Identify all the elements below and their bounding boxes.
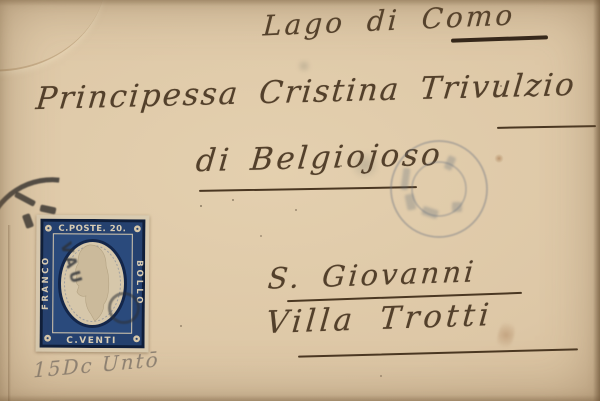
- pencil-catalog-note: 15Dc Untō: [33, 347, 160, 382]
- cancel-ring-trace: [108, 292, 140, 324]
- underline-como: [451, 35, 548, 42]
- postmark-smear: [401, 168, 411, 191]
- destination-line: Lago di Como: [262, 0, 516, 43]
- underline-trivulzio: [497, 125, 596, 129]
- villa-line: Villa Trotti: [264, 297, 494, 341]
- destination-prefix: Lago di: [262, 3, 423, 43]
- ink-smudge: [296, 60, 312, 72]
- stain-streak: [494, 317, 518, 354]
- stamp-bottom-inscription: C.VENTI: [66, 336, 117, 346]
- envelope-photo: Lago di Como Principessa Cristina Trivul…: [0, 0, 600, 401]
- addressee-name-line: Principessa Cristina Trivulzio: [34, 67, 577, 117]
- underline-trotti: [298, 348, 578, 357]
- faint-arrival-postmark: [390, 140, 488, 238]
- corner-crease: [0, 0, 107, 87]
- paper-specks: [200, 205, 202, 207]
- stain-spot: [494, 154, 504, 163]
- postmark-smear: [452, 202, 462, 212]
- right-edge-shadow: [593, 0, 600, 401]
- underline-belgiojoso: [199, 186, 417, 192]
- destination-underlined-word: Como: [421, 0, 517, 36]
- locality-line: S. Giovanni: [267, 254, 478, 295]
- bottom-edge-shadow: [0, 395, 600, 401]
